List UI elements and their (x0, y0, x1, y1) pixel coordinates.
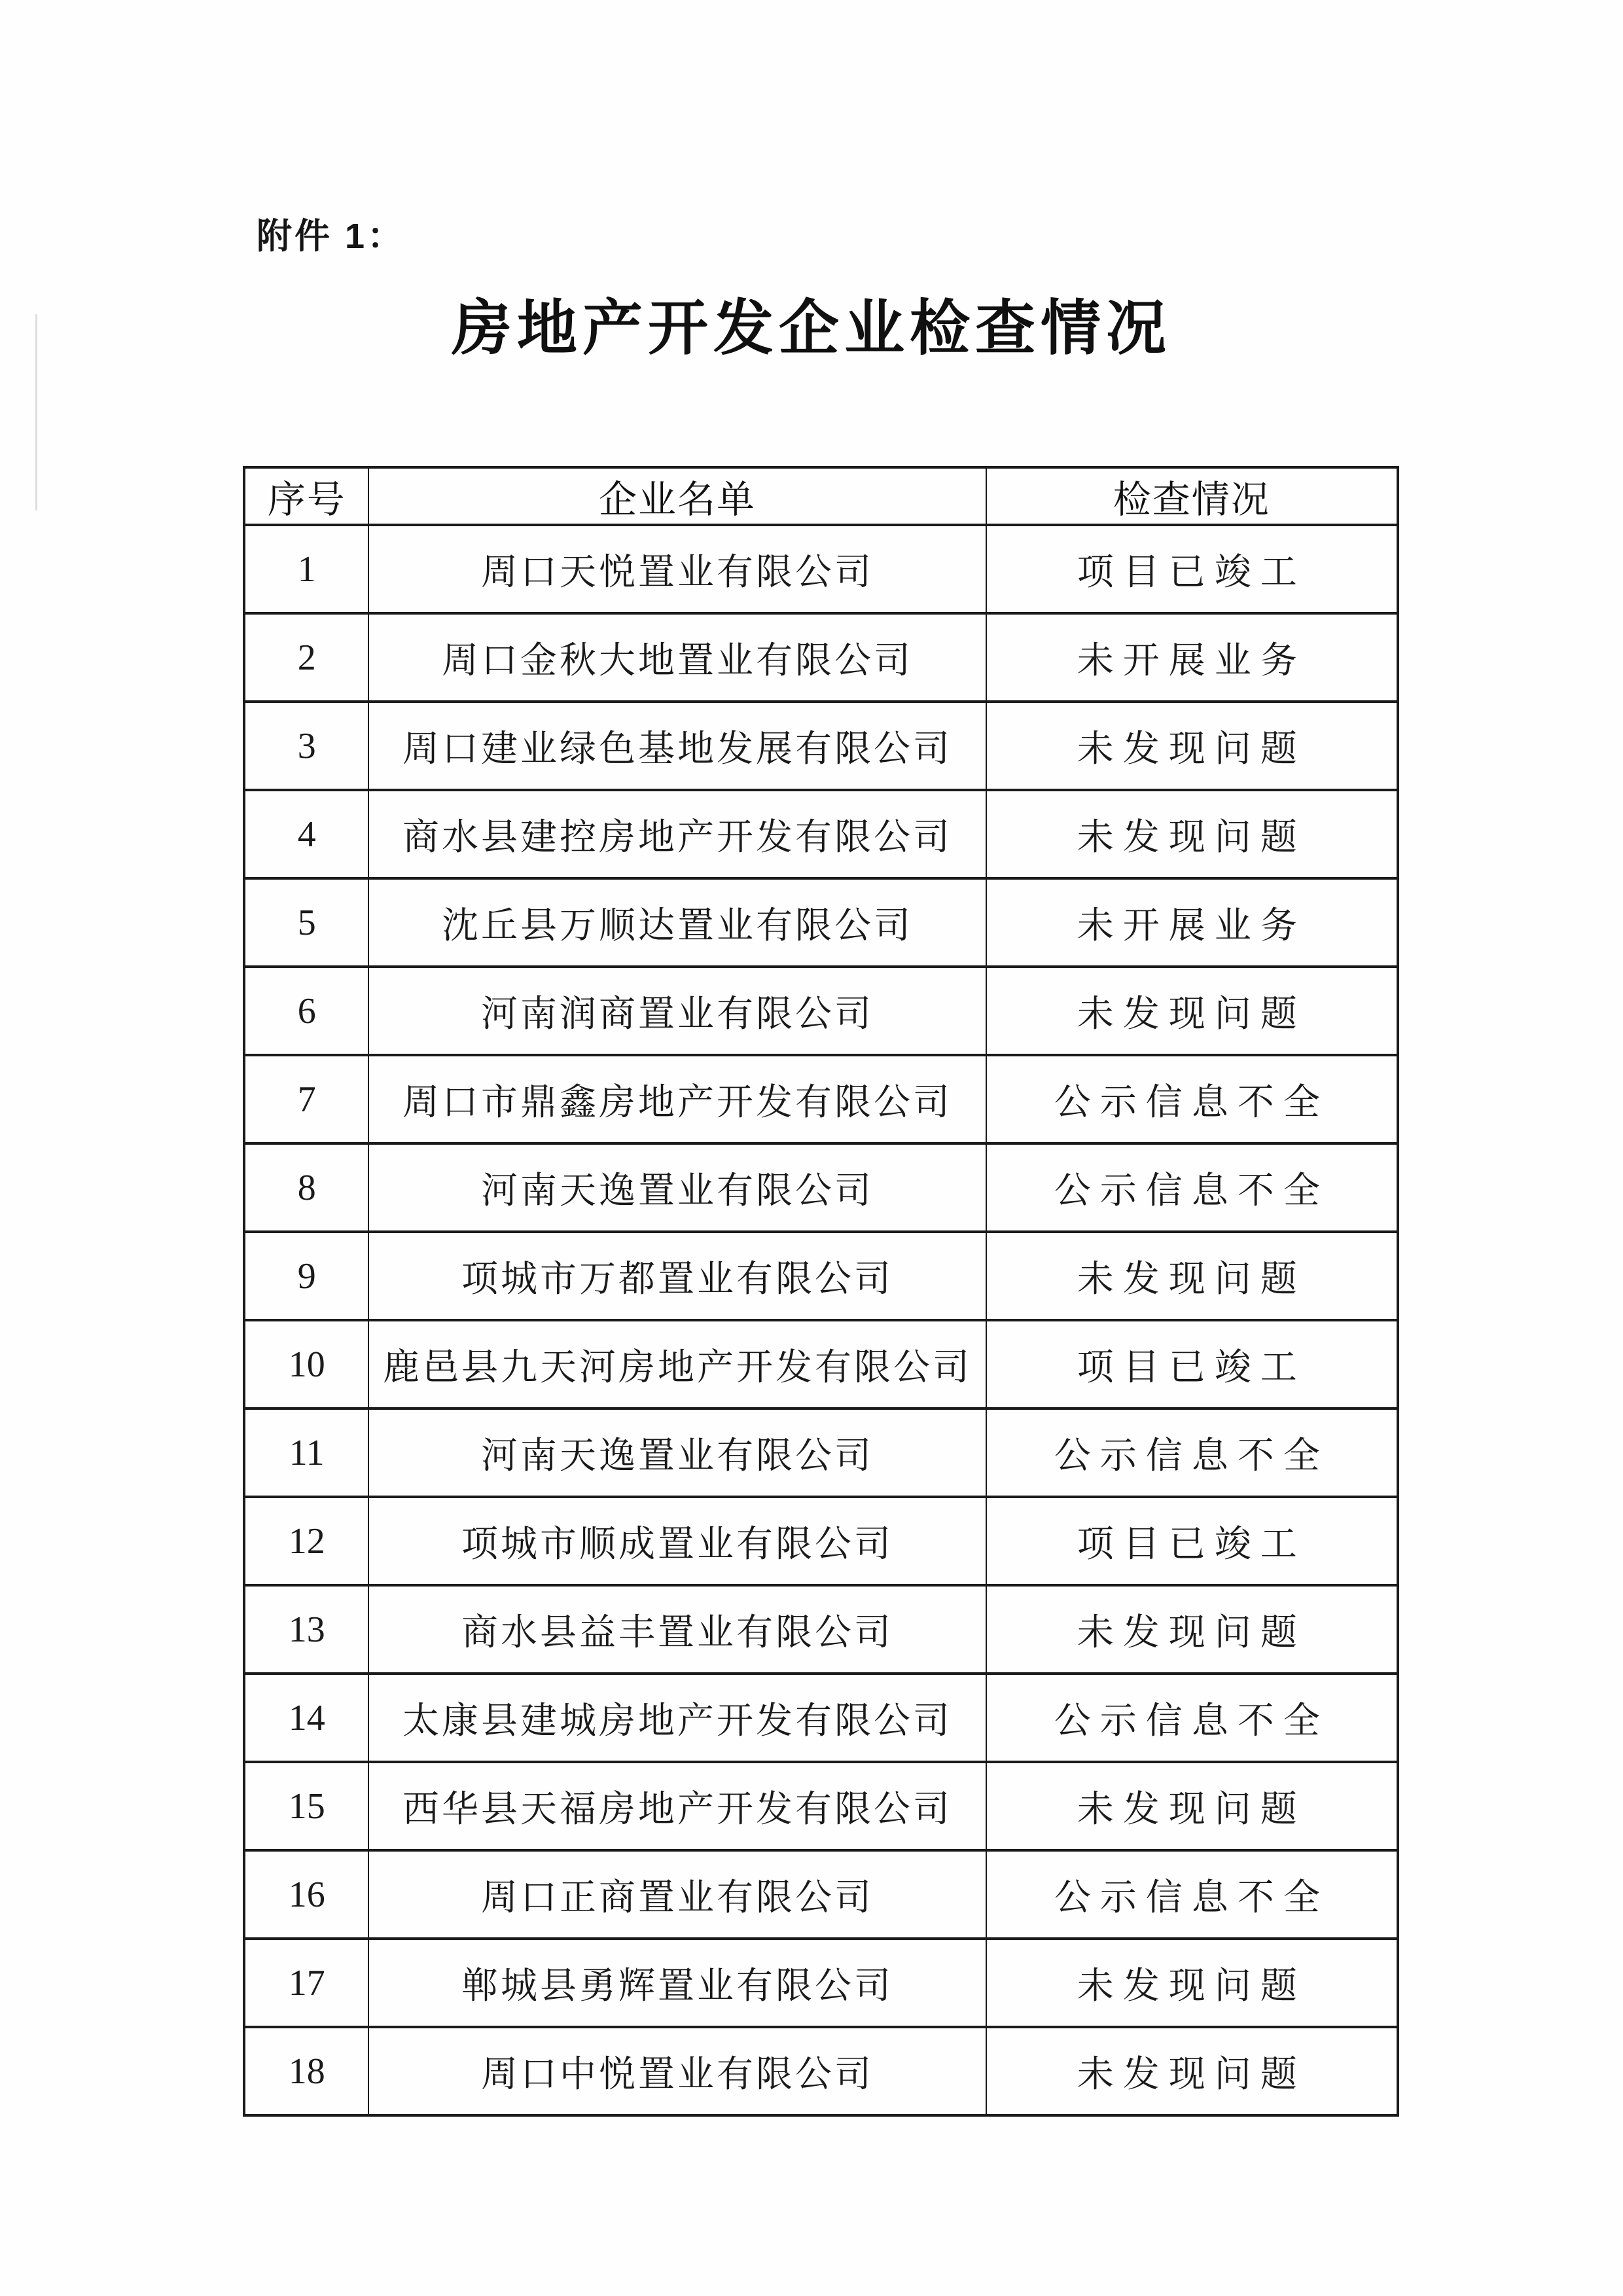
inspection-status: 未发现问题 (986, 702, 1398, 790)
inspection-status: 公示信息不全 (986, 1674, 1398, 1762)
company-name: 商水县建控房地产开发有限公司 (368, 790, 986, 878)
inspection-status: 未发现问题 (986, 1939, 1398, 2027)
attachment-label: 附件 1： (257, 208, 405, 259)
table-row: 15 西华县天福房地产开发有限公司 未发现问题 (244, 1762, 1398, 1850)
inspection-status: 公示信息不全 (986, 1408, 1398, 1497)
row-number: 18 (244, 2027, 368, 2115)
company-name: 沈丘县万顺达置业有限公司 (368, 878, 986, 967)
inspection-table: 序号 企业名单 检查情况 1 周口天悦置业有限公司 项目已竣工 2 周口金秋大地… (243, 466, 1399, 2117)
company-name: 周口建业绿色基地发展有限公司 (368, 702, 986, 790)
row-number: 17 (244, 1939, 368, 2027)
row-number: 13 (244, 1585, 368, 1674)
table-row: 10 鹿邑县九天河房地产开发有限公司 项目已竣工 (244, 1320, 1398, 1408)
inspection-status: 未发现问题 (986, 1585, 1398, 1674)
row-number: 1 (244, 525, 368, 613)
table-header: 序号 企业名单 检查情况 (244, 467, 1398, 525)
row-number: 15 (244, 1762, 368, 1850)
row-number: 12 (244, 1497, 368, 1585)
table-row: 17 郸城县勇辉置业有限公司 未发现问题 (244, 1939, 1398, 2027)
inspection-status: 未开展业务 (986, 878, 1398, 967)
company-name: 鹿邑县九天河房地产开发有限公司 (368, 1320, 986, 1408)
row-number: 3 (244, 702, 368, 790)
company-name: 河南天逸置业有限公司 (368, 1408, 986, 1497)
column-header-company: 企业名单 (368, 467, 986, 525)
company-name: 项城市万都置业有限公司 (368, 1232, 986, 1320)
table-row: 18 周口中悦置业有限公司 未发现问题 (244, 2027, 1398, 2115)
company-name: 河南润商置业有限公司 (368, 967, 986, 1055)
row-number: 2 (244, 613, 368, 702)
company-name: 太康县建城房地产开发有限公司 (368, 1674, 986, 1762)
table-row: 5 沈丘县万顺达置业有限公司 未开展业务 (244, 878, 1398, 967)
company-name: 河南天逸置业有限公司 (368, 1143, 986, 1232)
row-number: 7 (244, 1055, 368, 1143)
table-row: 13 商水县益丰置业有限公司 未发现问题 (244, 1585, 1398, 1674)
table-row: 9 项城市万都置业有限公司 未发现问题 (244, 1232, 1398, 1320)
inspection-status: 未发现问题 (986, 1232, 1398, 1320)
column-header-status: 检查情况 (986, 467, 1398, 525)
header-row: 序号 企业名单 检查情况 (244, 467, 1398, 525)
company-name: 商水县益丰置业有限公司 (368, 1585, 986, 1674)
inspection-status: 公示信息不全 (986, 1143, 1398, 1232)
inspection-status: 公示信息不全 (986, 1850, 1398, 1939)
inspection-status: 公示信息不全 (986, 1055, 1398, 1143)
inspection-status: 未发现问题 (986, 2027, 1398, 2115)
inspection-status: 未开展业务 (986, 613, 1398, 702)
table-row: 1 周口天悦置业有限公司 项目已竣工 (244, 525, 1398, 613)
row-number: 8 (244, 1143, 368, 1232)
column-header-number: 序号 (244, 467, 368, 525)
company-name: 周口天悦置业有限公司 (368, 525, 986, 613)
inspection-status: 未发现问题 (986, 790, 1398, 878)
document-page: 附件 1： 房地产开发企业检查情况 序号 企业名单 检查情况 1 周口天悦置业有… (0, 0, 1623, 2296)
row-number: 10 (244, 1320, 368, 1408)
row-number: 4 (244, 790, 368, 878)
company-name: 郸城县勇辉置业有限公司 (368, 1939, 986, 2027)
inspection-status: 项目已竣工 (986, 525, 1398, 613)
table-row: 6 河南润商置业有限公司 未发现问题 (244, 967, 1398, 1055)
inspection-status: 未发现问题 (986, 967, 1398, 1055)
table-row: 8 河南天逸置业有限公司 公示信息不全 (244, 1143, 1398, 1232)
table-row: 7 周口市鼎鑫房地产开发有限公司 公示信息不全 (244, 1055, 1398, 1143)
company-name: 周口正商置业有限公司 (368, 1850, 986, 1939)
inspection-table-container: 序号 企业名单 检查情况 1 周口天悦置业有限公司 项目已竣工 2 周口金秋大地… (243, 466, 1399, 2117)
table-row: 2 周口金秋大地置业有限公司 未开展业务 (244, 613, 1398, 702)
table-body: 1 周口天悦置业有限公司 项目已竣工 2 周口金秋大地置业有限公司 未开展业务 … (244, 525, 1398, 2115)
table-row: 12 项城市顺成置业有限公司 项目已竣工 (244, 1497, 1398, 1585)
table-row: 14 太康县建城房地产开发有限公司 公示信息不全 (244, 1674, 1398, 1762)
row-number: 9 (244, 1232, 368, 1320)
inspection-status: 项目已竣工 (986, 1497, 1398, 1585)
row-number: 6 (244, 967, 368, 1055)
company-name: 周口中悦置业有限公司 (368, 2027, 986, 2115)
table-row: 16 周口正商置业有限公司 公示信息不全 (244, 1850, 1398, 1939)
table-row: 4 商水县建控房地产开发有限公司 未发现问题 (244, 790, 1398, 878)
table-row: 3 周口建业绿色基地发展有限公司 未发现问题 (244, 702, 1398, 790)
row-number: 11 (244, 1408, 368, 1497)
company-name: 周口市鼎鑫房地产开发有限公司 (368, 1055, 986, 1143)
row-number: 16 (244, 1850, 368, 1939)
inspection-status: 项目已竣工 (986, 1320, 1398, 1408)
inspection-status: 未发现问题 (986, 1762, 1398, 1850)
company-name: 周口金秋大地置业有限公司 (368, 613, 986, 702)
company-name: 项城市顺成置业有限公司 (368, 1497, 986, 1585)
page-title: 房地产开发企业检查情况 (0, 280, 1623, 367)
company-name: 西华县天福房地产开发有限公司 (368, 1762, 986, 1850)
row-number: 5 (244, 878, 368, 967)
row-number: 14 (244, 1674, 368, 1762)
table-row: 11 河南天逸置业有限公司 公示信息不全 (244, 1408, 1398, 1497)
